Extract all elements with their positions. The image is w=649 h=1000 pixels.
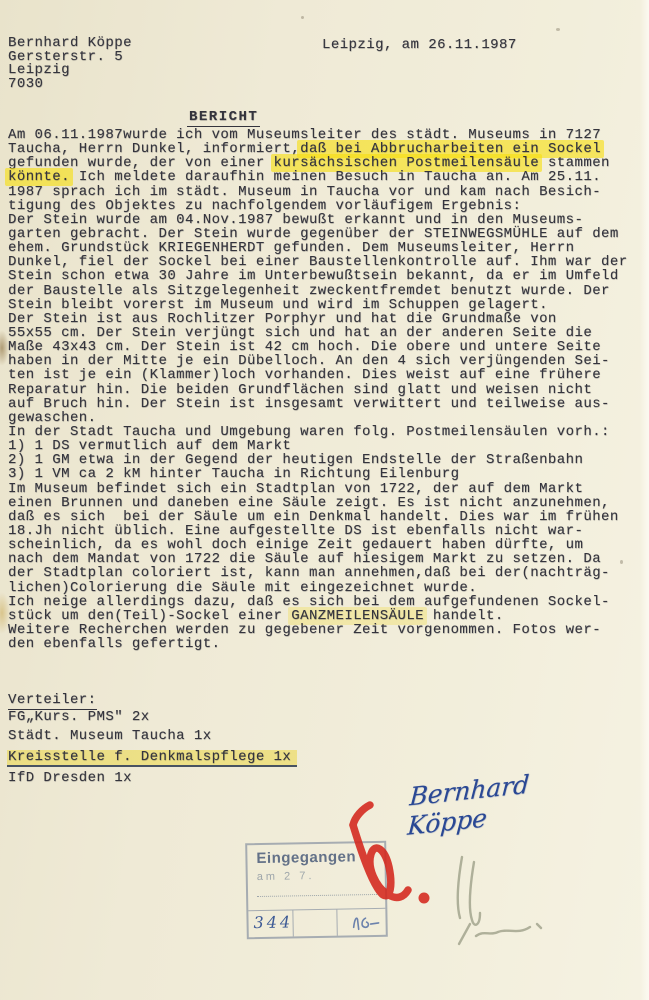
signature-handwritten: Bernhard Köppe bbox=[406, 761, 609, 841]
distribution-item-text: Städt. Museum Taucha 1x bbox=[8, 729, 212, 743]
body-line: tigung des Objektes zu nachfolgendem vor… bbox=[8, 199, 628, 213]
sender-address: Bernhard Köppe Gersterstr. 5 Leipzig 703… bbox=[8, 37, 132, 91]
body-line: einen Brunnen und daneben eine Säule zei… bbox=[8, 496, 628, 510]
body-text: den ebenfalls gefertigt. bbox=[8, 636, 220, 652]
paper-speck bbox=[301, 16, 304, 19]
distribution-item: Städt. Museum Taucha 1x bbox=[8, 729, 297, 750]
body-line: stück um den(Teil)-Sockel einer GANZMEIL… bbox=[8, 609, 628, 623]
paper-speck bbox=[556, 28, 560, 31]
body-line: Im Museum befindet sich ein Stadtplan vo… bbox=[8, 482, 628, 496]
body-line: garten gebracht. Der Stein wurde gegenüb… bbox=[8, 227, 628, 241]
distribution-item-highlighted: Kreisstelle f. Denkmalspflege 1x bbox=[7, 750, 297, 767]
pencil-signature-icon bbox=[440, 852, 555, 947]
body-line: 18.Jh nicht üblich. Eine aufgestellte DS… bbox=[8, 524, 628, 538]
distribution-items: FG„Kurs. PMS" 2xStädt. Museum Taucha 1xK… bbox=[8, 710, 297, 792]
distribution-item-text: IfD Dresden 1x bbox=[8, 771, 132, 785]
body-line: 55x55 cm. Der Stein verjüngt sich und ha… bbox=[8, 326, 628, 340]
body-line: 1987 sprach ich im städt. Museum in Tauc… bbox=[8, 185, 628, 199]
body-line: der Stadtplan coloriert ist, kann man an… bbox=[8, 566, 628, 580]
document-page: Bernhard Köppe Gersterstr. 5 Leipzig 703… bbox=[0, 0, 649, 1000]
stamp-cell-number: 344 bbox=[248, 910, 293, 937]
report-body: Am 06.11.1987wurde ich vom Museumsleiter… bbox=[8, 128, 628, 651]
dateline: Leipzig, am 26.11.1987 bbox=[322, 37, 517, 53]
distribution-item: FG„Kurs. PMS" 2x bbox=[8, 710, 297, 729]
body-line: könnte. Ich meldete daraufhin meinen Bes… bbox=[8, 170, 628, 184]
body-line: der Baustelle als Sitzgelegenheit zwecke… bbox=[8, 284, 628, 298]
body-line: daß es sich bei der Säule um ein Denkmal… bbox=[8, 510, 628, 524]
body-line: Weitere Recherchen werden zu gegebener Z… bbox=[8, 623, 628, 637]
distribution-item: Kreisstelle f. Denkmalspflege 1x bbox=[8, 750, 297, 771]
body-line: ten ist je ein (Klammer)loch vorhanden. … bbox=[8, 368, 628, 382]
body-line: In der Stadt Taucha und Umgebung waren f… bbox=[8, 425, 628, 439]
body-line: den ebenfalls gefertigt. bbox=[8, 637, 628, 651]
distribution-heading-row: Verteiler: bbox=[8, 693, 297, 710]
sender-postal-code: 7030 bbox=[8, 78, 132, 92]
distribution-list: Verteiler: FG„Kurs. PMS" 2xStädt. Museum… bbox=[8, 693, 297, 792]
body-line: Der Stein ist aus Rochlitzer Porphyr und… bbox=[8, 312, 628, 326]
paper-speck bbox=[620, 560, 623, 564]
body-line: 3) 1 VM ca 2 kM hinter Taucha in Richtun… bbox=[8, 467, 628, 481]
body-line: gewaschen. bbox=[8, 411, 628, 425]
stamp-number: 344 bbox=[253, 912, 293, 932]
body-text: auf Bruch hin. Der Stein ist insgesamt v… bbox=[8, 396, 610, 412]
body-line: auf Bruch hin. Der Stein ist insgesamt v… bbox=[8, 397, 628, 411]
stamp-cell-empty bbox=[293, 910, 337, 937]
distribution-item-text: FG„Kurs. PMS" 2x bbox=[8, 710, 150, 724]
distribution-heading: Verteiler: bbox=[8, 692, 97, 710]
body-line: Stein schon etwa 30 Jahre im Unterbewußt… bbox=[8, 269, 628, 283]
body-line: Der Stein wurde am 04.Nov.1987 bewußt er… bbox=[8, 213, 628, 227]
body-line: lichen)Colorierung die Säule mit eingeze… bbox=[8, 581, 628, 595]
distribution-item: IfD Dresden 1x bbox=[8, 771, 297, 792]
body-line: Stein bleibt vorerst im Museum und wird … bbox=[8, 298, 628, 312]
body-line: Reparatur hin. Die beiden Grundflächen s… bbox=[8, 383, 628, 397]
scan-edge-strip bbox=[640, 0, 649, 1000]
report-title: BERICHT bbox=[187, 109, 260, 127]
